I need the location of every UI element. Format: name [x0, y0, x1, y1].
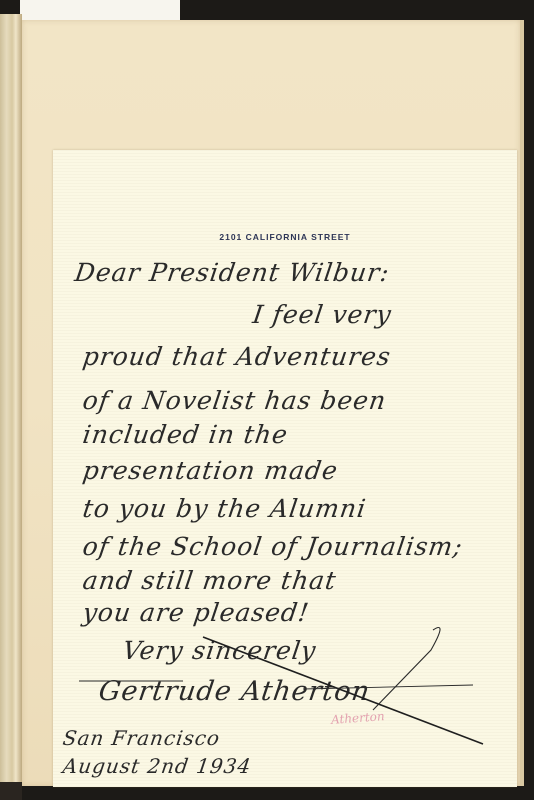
- signature-strokes: [53, 150, 517, 787]
- album-page: 2101 CALIFORNIA STREET Dear President Wi…: [22, 20, 524, 786]
- album-spine: [0, 14, 22, 800]
- top-card-edge: [20, 0, 180, 21]
- album-spine-shadow: [0, 782, 22, 800]
- letter-sheet: 2101 CALIFORNIA STREET Dear President Wi…: [53, 150, 517, 787]
